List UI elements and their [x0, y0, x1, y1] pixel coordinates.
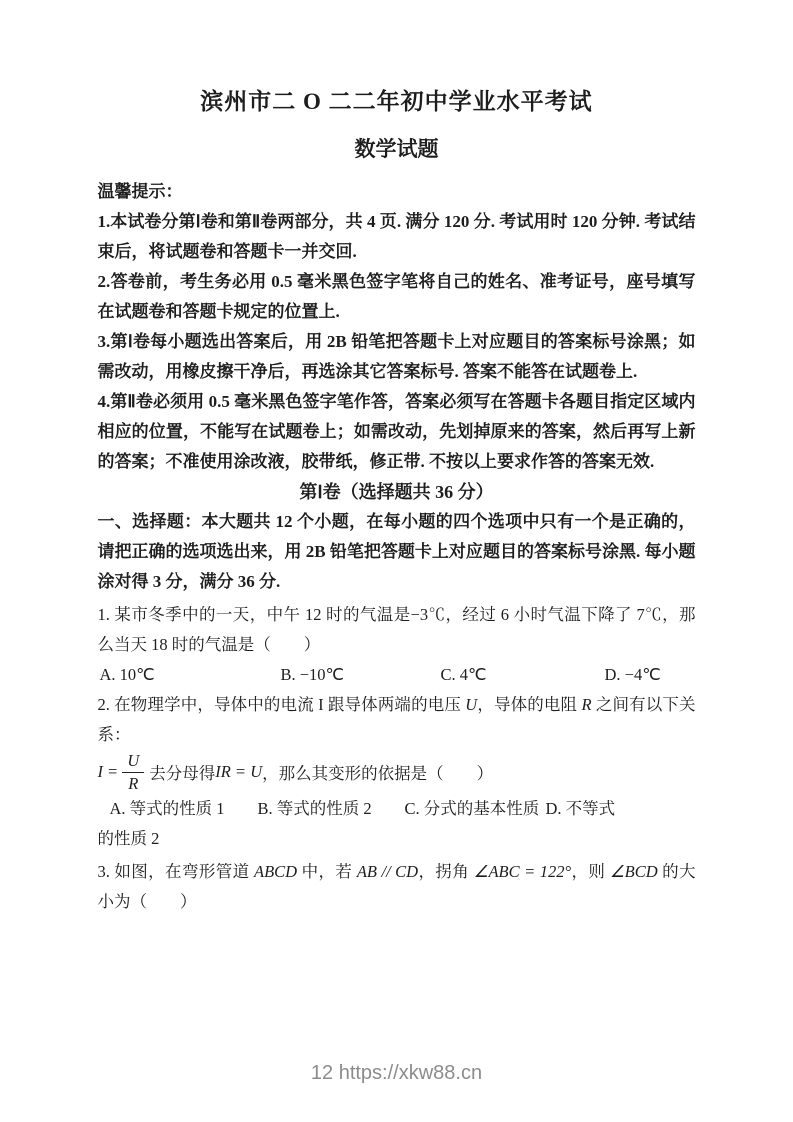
question-2-option-a: A. 等式的性质 1 — [110, 794, 225, 824]
question-2-options: A. 等式的性质 1 B. 等式的性质 2 C. 分式的基本性质 D. 不等式 — [98, 794, 696, 824]
question-3-text-part: ，则 — [571, 862, 610, 881]
formula-lhs-i: I — [98, 762, 104, 782]
question-3-text: 3. 如图，在弯形管道 ABCD 中，若 AB // CD，拐角 ∠ABC = … — [98, 857, 696, 917]
variable-abcd: ABCD — [254, 862, 297, 881]
question-1-option-a: A. 10℃ — [100, 660, 155, 690]
question-2-option-b: B. 等式的性质 2 — [258, 794, 372, 824]
paper-subtitle: 数学试题 — [0, 134, 793, 164]
question-2-option-d-wrap: 的性质 2 — [98, 824, 696, 854]
exam-paper-page: 滨州市二 O 二二年初中学业水平考试 数学试题 温馨提示： 1.本试卷分第Ⅰ卷和… — [0, 0, 793, 1122]
question-2-text-part: ，导体的电阻 — [477, 695, 581, 714]
formula-ir-equals-u: IR = U — [215, 762, 262, 782]
notice-item-1: 1.本试卷分第Ⅰ卷和第Ⅱ卷两部分，共 4 页. 满分 120 分. 考试用时 1… — [98, 207, 696, 267]
expression-ab-parallel-cd: AB // CD — [357, 862, 418, 881]
expression-angle-abc: ∠ABC = 122° — [474, 862, 571, 881]
page-footer-watermark: 12 https://xkw88.cn — [0, 1062, 793, 1085]
question-3-text-part: 中，若 — [297, 862, 357, 881]
question-3-text-part: ，拐角 — [418, 862, 474, 881]
variable-r: R — [581, 695, 591, 714]
expression-angle-bcd: ∠BCD — [610, 862, 658, 881]
question-1-option-c: C. 4℃ — [441, 660, 487, 690]
question-2-text-part: 2. 在物理学中，导体中的电流 I 跟导体两端的电压 — [98, 695, 466, 714]
formula-text-part: 去分母得 — [149, 760, 215, 784]
question-1-text: 1. 某市冬季中的一天，中午 12 时的气温是−3℃，经过 6 小时气温下降了 … — [98, 600, 696, 660]
question-2-option-d: D. 不等式 — [546, 794, 616, 824]
notice-item-2: 2.答卷前，考生务必用 0.5 毫米黑色签字笔将自己的姓名、准考证号，座号填写在… — [98, 267, 696, 327]
section-1-instruction: 一、选择题：本大题共 12 个小题，在每小题的四个选项中只有一个是正确的，请把正… — [98, 507, 696, 597]
notice-item-3: 3.第Ⅰ卷每小题选出答案后，用 2B 铅笔把答题卡上对应题目的答案标号涂黑；如需… — [98, 327, 696, 387]
formula-equals-sign: = — [108, 762, 117, 782]
question-1-option-b: B. −10℃ — [281, 660, 345, 690]
paper-title: 滨州市二 O 二二年初中学业水平考试 — [0, 0, 793, 118]
question-1-option-d: D. −4℃ — [605, 660, 661, 690]
section-1-header: 第Ⅰ卷（选择题共 36 分） — [98, 477, 696, 507]
question-2-option-c: C. 分式的基本性质 — [405, 794, 540, 824]
fraction-numerator: U — [122, 751, 144, 773]
question-2-formula: I = U R 去分母得 IR = U ，那么其变形的依据是（ ） — [98, 750, 696, 794]
question-1-options: A. 10℃ B. −10℃ C. 4℃ D. −4℃ — [98, 660, 696, 690]
question-2-text: 2. 在物理学中，导体中的电流 I 跟导体两端的电压 U，导体的电阻 R 之间有… — [98, 690, 696, 750]
notice-heading: 温馨提示： — [98, 177, 696, 207]
paper-body: 温馨提示： 1.本试卷分第Ⅰ卷和第Ⅱ卷两部分，共 4 页. 满分 120 分. … — [98, 177, 696, 917]
variable-u: U — [465, 695, 477, 714]
question-3-text-part: 3. 如图，在弯形管道 — [98, 862, 255, 881]
fraction-u-over-r: U R — [122, 751, 144, 794]
formula-text-part: ，那么其变形的依据是（ ） — [262, 760, 493, 784]
notice-item-4: 4.第Ⅱ卷必须用 0.5 毫米黑色签字笔作答，答案必须写在答题卡各题目指定区域内… — [98, 387, 696, 477]
fraction-denominator: R — [128, 773, 138, 794]
